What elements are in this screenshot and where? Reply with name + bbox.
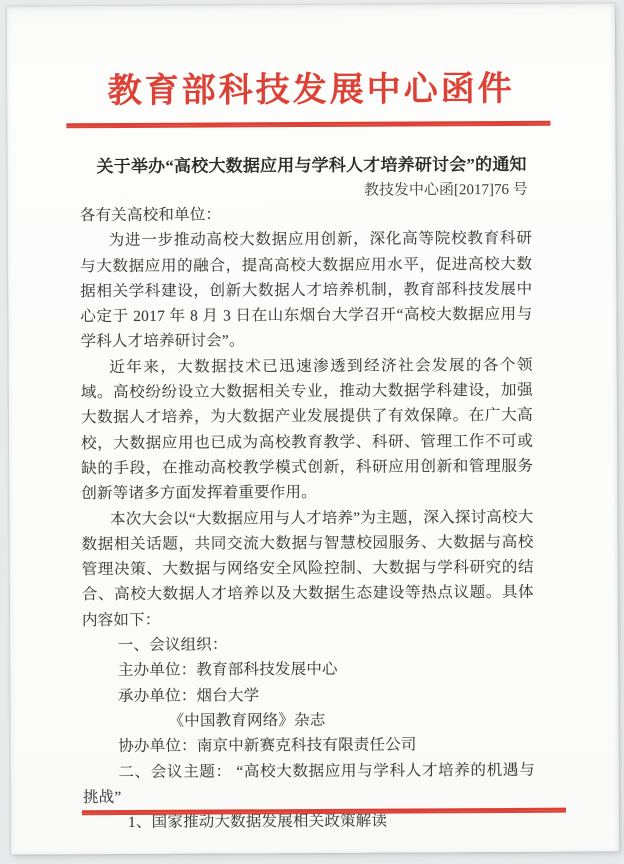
host-unit-line: 主办单位：教育部科技发展中心 bbox=[82, 656, 534, 684]
section-organization-heading: 一、会议组织： bbox=[82, 631, 534, 659]
co-organizer-unit-line: 协办单位：南京中新赛克科技有限责任公司 bbox=[83, 732, 535, 760]
paragraph-background: 为进一步推动高校大数据应用创新，深化高等院校教育科研与大数据应用的融合，提高高校… bbox=[80, 226, 533, 355]
organizer-unit-line-2: 《中国教育网络》杂志 bbox=[82, 707, 534, 735]
document-page: 教育部科技发展中心函件 关于举办“高校大数据应用与学科人才培养研讨会”的通知 教… bbox=[7, 3, 619, 854]
letterhead-title: 教育部科技发展中心函件 bbox=[7, 67, 615, 114]
scan-background: 教育部科技发展中心函件 关于举办“高校大数据应用与学科人才培养研讨会”的通知 教… bbox=[0, 0, 624, 864]
notice-title: 关于举办“高校大数据应用与学科人才培养研讨会”的通知 bbox=[8, 154, 616, 177]
salutation: 各有关高校和单位： bbox=[80, 201, 532, 229]
organizer-unit-line: 承办单位：烟台大学 bbox=[82, 681, 534, 709]
paragraph-context: 近年来，大数据技术已迅速渗透到经济社会发展的各个领域。高校纷纷设立大数据相关专业… bbox=[81, 353, 534, 507]
doc-number: 教技发中心函[2017]76 号 bbox=[364, 180, 528, 201]
notice-body: 各有关高校和单位： 为进一步推动高校大数据应用创新，深化高等院校教育科研与大数据… bbox=[80, 201, 535, 836]
letterhead-divider bbox=[66, 121, 550, 129]
section-conference-theme: 二、会议主题： “高校大数据应用与学科人才培养的机遇与挑战” bbox=[83, 757, 535, 810]
paragraph-theme: 本次大会以“大数据应用与人才培养”为主题，深入探讨高校大数据相关话题，共同交流大… bbox=[81, 504, 534, 633]
